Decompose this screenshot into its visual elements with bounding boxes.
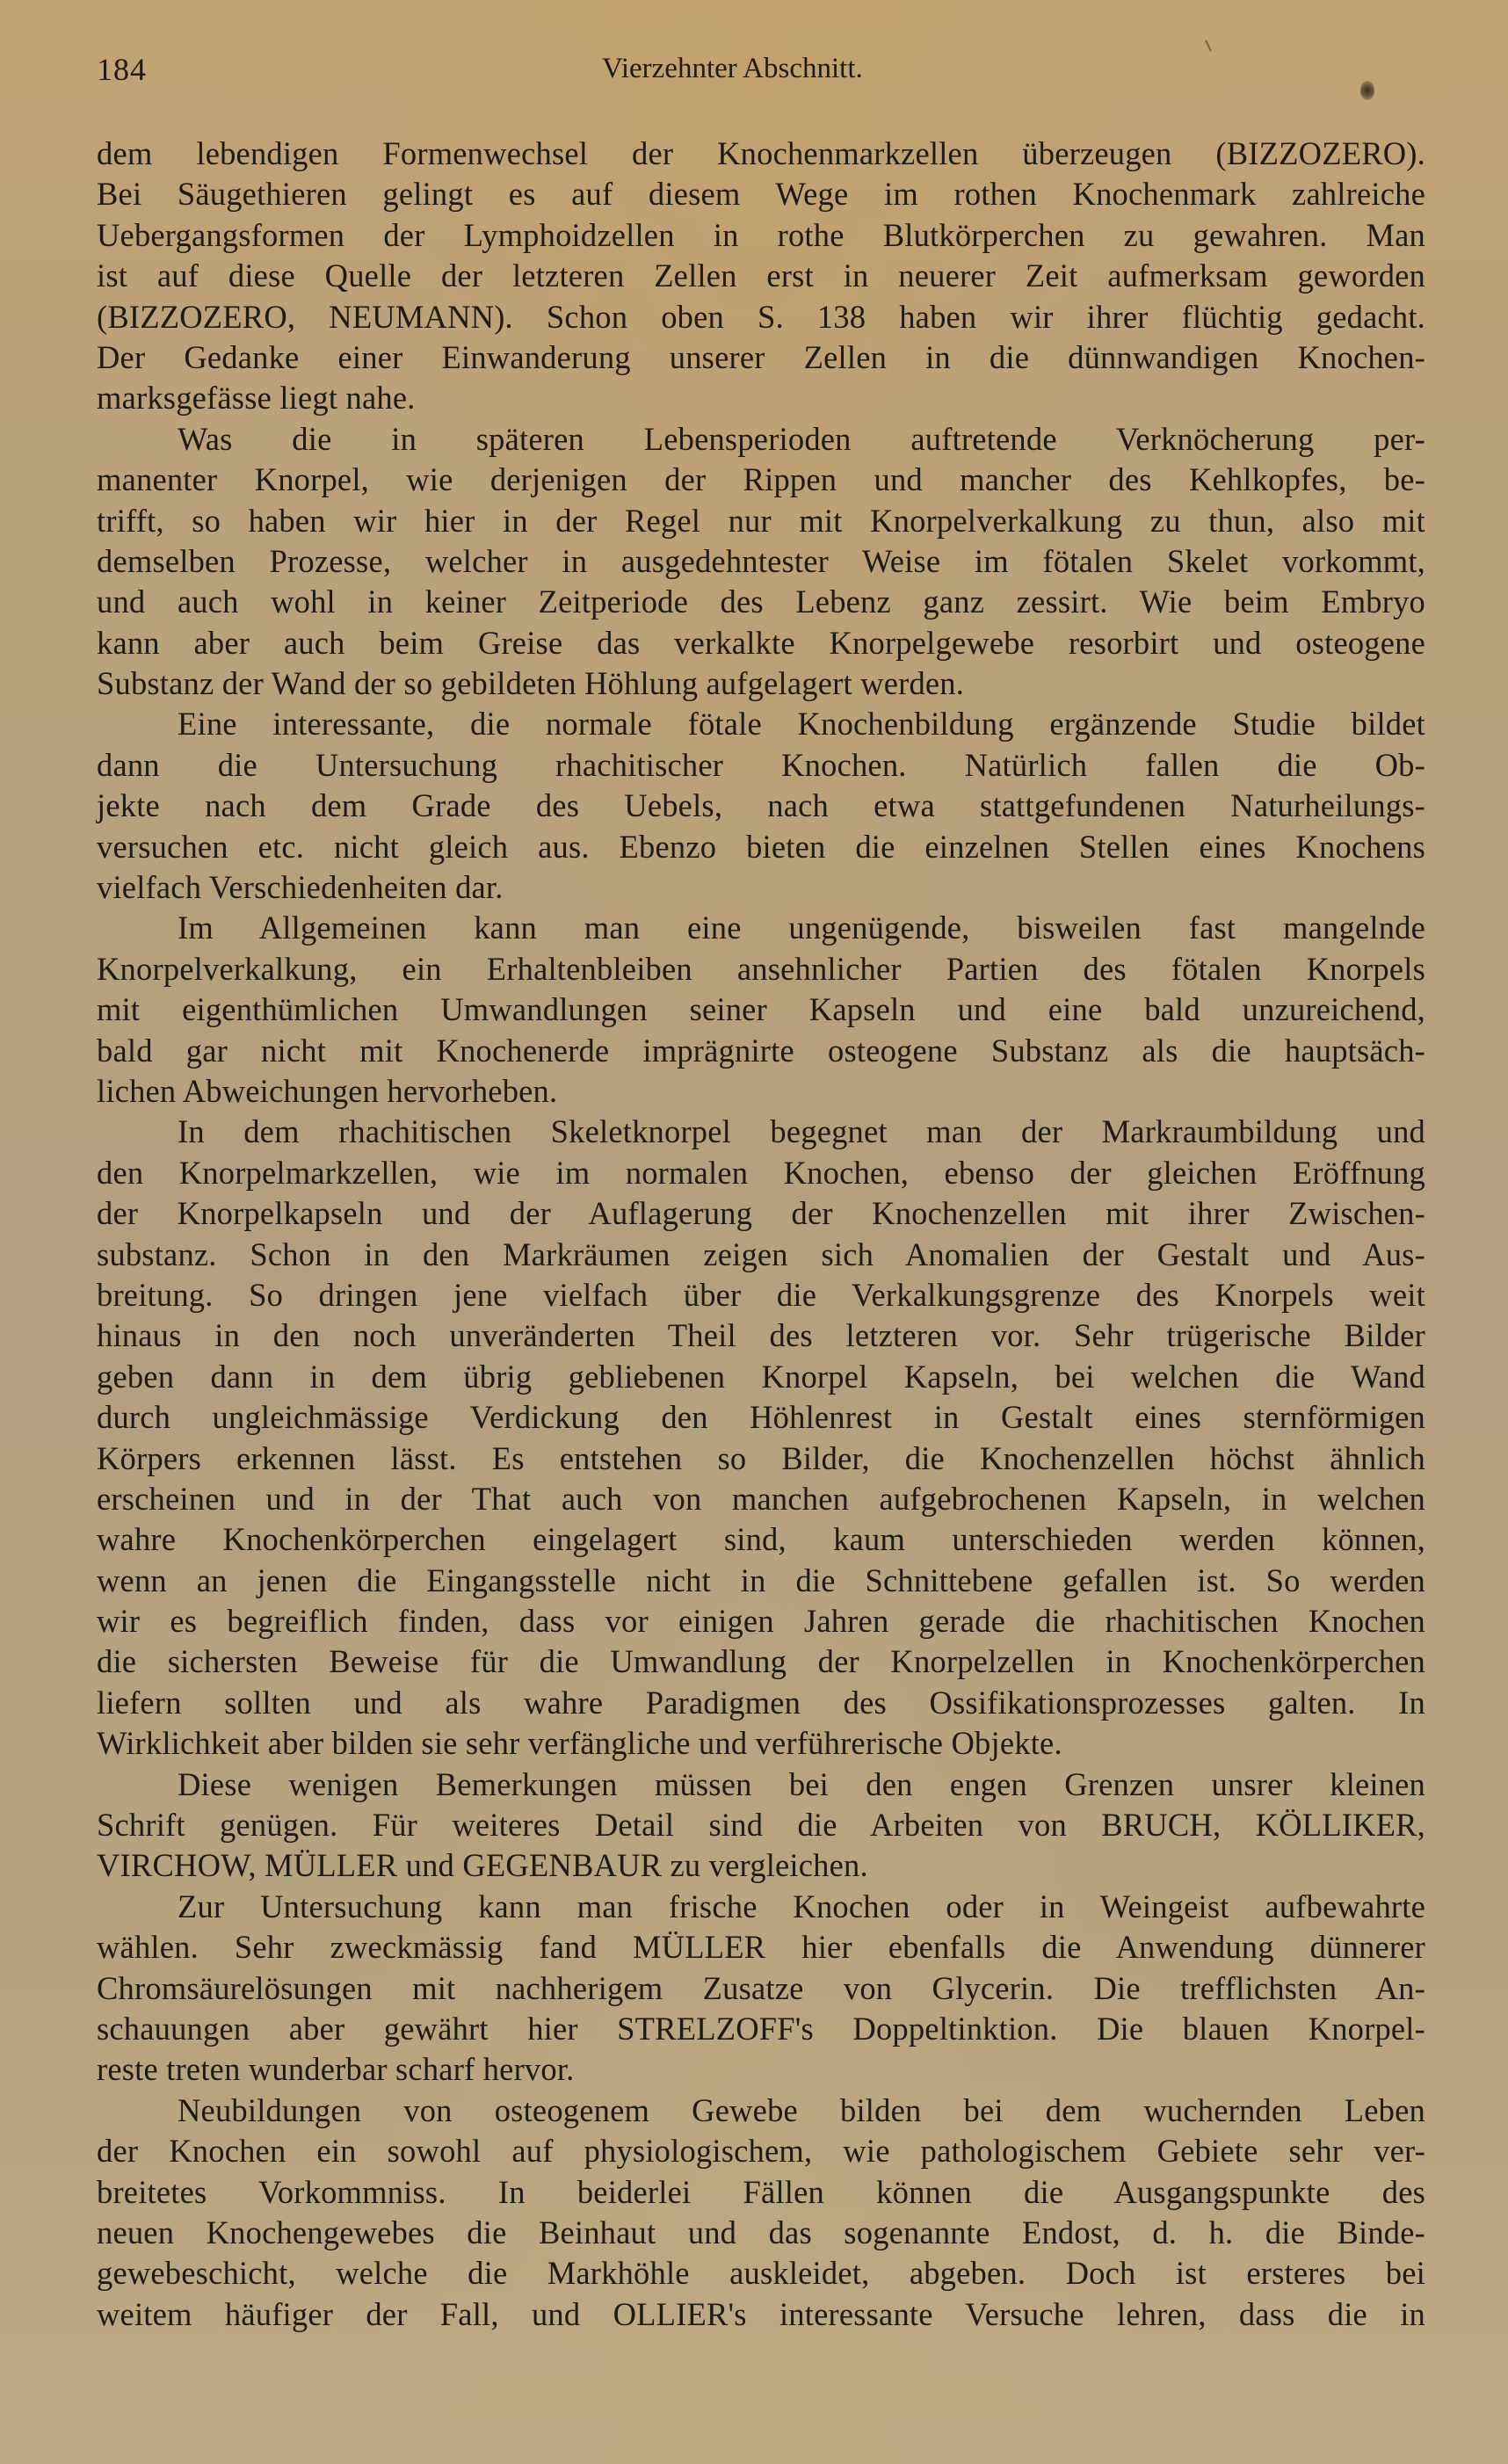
text-line: reste treten wunderbar scharf hervor. [97,2049,1425,2090]
text-line: breitung. So dringen jene vielfach über … [97,1275,1425,1315]
text-line: gewebeschicht, welche die Markhöhle ausk… [97,2253,1425,2294]
paragraph: Neubildungen von osteogenem Gewebe bilde… [97,2091,1425,2335]
text-line: weitem häufiger der Fall, und OLLIER's i… [97,2294,1425,2335]
text-line: Zur Untersuchung kann man frische Knoche… [97,1887,1425,1927]
text-line: den Knorpelmarkzellen, wie im normalen K… [97,1153,1425,1193]
text-line: wenn an jenen die Eingangsstelle nicht i… [97,1561,1425,1601]
text-line: breitetes Vorkommniss. In beiderlei Fäll… [97,2172,1425,2213]
paragraph: Im Allgemeinen kann man eine ungenügende… [97,908,1425,1112]
text-line: lichen Abweichungen hervorheben. [97,1071,1425,1112]
text-line: mit eigenthümlichen Umwandlungen seiner … [97,989,1425,1030]
text-line: schauungen aber gewährt hier STRELZOFF's… [97,2009,1425,2049]
text-line: durch ungleichmässige Verdickung den Höh… [97,1397,1425,1438]
text-line: In dem rhachitischen Skeletknorpel begeg… [97,1112,1425,1152]
text-line: Chromsäurelösungen mit nachherigem Zusat… [97,1968,1425,2009]
body-text: dem lebendigen Formenwechsel der Knochen… [97,134,1425,2335]
text-line: demselben Prozesse, welcher in ausgedehn… [97,541,1425,582]
text-line: dem lebendigen Formenwechsel der Knochen… [97,134,1425,174]
text-line: Was die in späteren Lebensperioden auftr… [97,419,1425,460]
paragraph: Diese wenigen Bemerkungen müssen bei den… [97,1765,1425,1887]
text-line: der Knochen ein sowohl auf physiologisch… [97,2131,1425,2171]
text-line: Diese wenigen Bemerkungen müssen bei den… [97,1765,1425,1805]
paragraph: Was die in späteren Lebensperioden auftr… [97,419,1425,705]
text-line: wahre Knochenkörperchen eingelagert sind… [97,1519,1425,1560]
text-line: Schrift genügen. Für weiteres Detail sin… [97,1805,1425,1845]
text-line: Knorpelverkalkung, ein Erhaltenbleiben a… [97,949,1425,989]
paragraph: In dem rhachitischen Skeletknorpel begeg… [97,1112,1425,1764]
text-line: Substanz der Wand der so gebildeten Höhl… [97,663,1425,704]
text-line: vielfach Verschiedenheiten dar. [97,867,1425,908]
text-line: hinaus in den noch unveränderten Theil d… [97,1315,1425,1356]
text-line: Uebergangsformen der Lymphoidzellen in r… [97,215,1425,256]
text-line: wir es begreiflich finden, dass vor eini… [97,1601,1425,1641]
paragraph: Zur Untersuchung kann man frische Knoche… [97,1887,1425,2091]
text-line: (BIZZOZERO, NEUMANN). Schon oben S. 138 … [97,297,1425,337]
text-line: liefern sollten und als wahre Paradigmen… [97,1683,1425,1723]
text-line: Der Gedanke einer Einwanderung unserer Z… [97,337,1425,378]
paragraph: dem lebendigen Formenwechsel der Knochen… [97,134,1425,419]
text-line: Körpers erkennen lässt. Es entstehen so … [97,1439,1425,1479]
text-line: kann aber auch beim Greise das verkalkte… [97,623,1425,663]
text-line: erscheinen und in der That auch von manc… [97,1479,1425,1519]
text-line: manenter Knorpel, wie derjenigen der Rip… [97,460,1425,500]
text-line: der Knorpelkapseln und der Auflagerung d… [97,1193,1425,1234]
text-line: bald gar nicht mit Knochenerde imprägnir… [97,1031,1425,1071]
running-head: Vierzehnter Abschnitt. [602,53,863,85]
ink-spot [1360,81,1374,100]
page-header: 184 Vierzehnter Abschnitt. [97,51,1425,95]
text-line: Bei Säugethieren gelingt es auf diesem W… [97,174,1425,214]
text-line: ist auf diese Quelle der letzteren Zelle… [97,256,1425,296]
text-line: versuchen etc. nicht gleich aus. Ebenzo … [97,827,1425,867]
text-line: wählen. Sehr zweckmässig fand MÜLLER hie… [97,1927,1425,1968]
text-line: Im Allgemeinen kann man eine ungenügende… [97,908,1425,948]
text-line: dann die Untersuchung rhachitischer Knoc… [97,745,1425,786]
text-line: Eine interessante, die normale fötale Kn… [97,704,1425,744]
text-line: substanz. Schon in den Markräumen zeigen… [97,1235,1425,1275]
pencil-mark [1205,40,1212,52]
text-line: trifft, so haben wir hier in der Regel n… [97,501,1425,541]
text-line: die sichersten Beweise für die Umwandlun… [97,1641,1425,1682]
text-line: VIRCHOW, MÜLLER und GEGENBAUR zu verglei… [97,1845,1425,1886]
text-line: und auch wohl in keiner Zeitperiode des … [97,582,1425,622]
paragraph: Eine interessante, die normale fötale Kn… [97,704,1425,908]
text-line: jekte nach dem Grade des Uebels, nach et… [97,786,1425,826]
text-line: neuen Knochengewebes die Beinhaut und da… [97,2213,1425,2253]
text-line: Wirklichkeit aber bilden sie sehr verfän… [97,1723,1425,1764]
page-number: 184 [97,51,147,88]
text-line: geben dann in dem übrig gebliebenen Knor… [97,1357,1425,1397]
text-line: marksgefässe liegt nahe. [97,378,1425,418]
text-line: Neubildungen von osteogenem Gewebe bilde… [97,2091,1425,2131]
